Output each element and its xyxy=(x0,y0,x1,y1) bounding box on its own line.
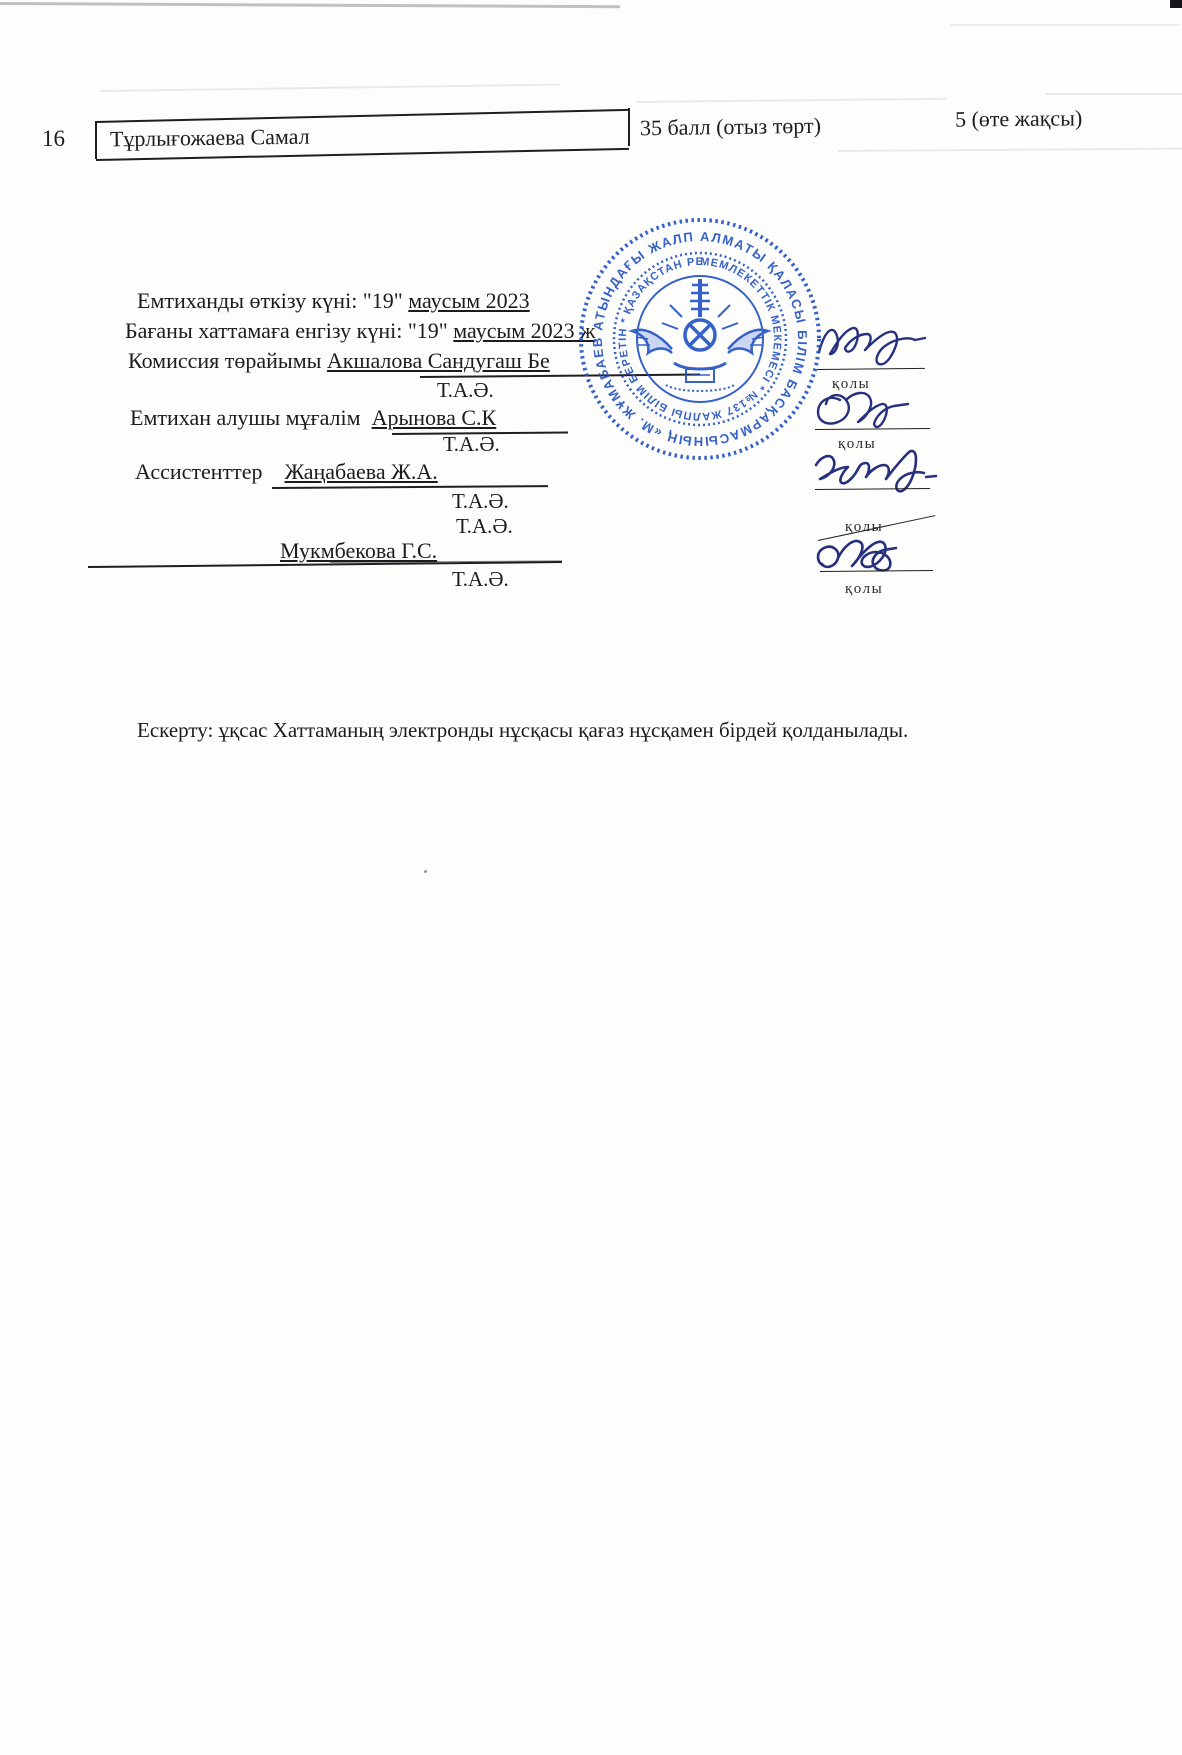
signature-chair xyxy=(815,310,930,370)
chair-label: Комиссия төрайымы xyxy=(128,348,321,373)
exam-date-value: маусым 2023 xyxy=(408,288,529,313)
examiner-label: Емтихан алушы мұғалім xyxy=(130,405,361,430)
assistants-label: Ассистенттер xyxy=(135,459,263,484)
scan-line xyxy=(1045,93,1182,95)
assistant2-name: Мукмбекова Г.С. xyxy=(280,538,437,564)
chair-line: Комиссия төрайымы Акшалова Сандугаш Бе xyxy=(128,348,550,374)
fio-label-5: Т.А.Ә. xyxy=(452,567,509,592)
fio-label-4: Т.А.Ә. xyxy=(456,514,513,539)
name-cell-border-left xyxy=(95,121,97,159)
row-number: 16 xyxy=(42,126,65,152)
signature-examiner xyxy=(810,384,920,434)
fio-label-1: Т.А.Ә. xyxy=(437,378,494,403)
protocol-date-label: Бағаны хаттамаға енгізу күні: "19" xyxy=(125,318,448,343)
exam-date-line: Емтиханды өткізу күні: "19" маусым 2023 xyxy=(137,288,530,314)
name-cell-border-top xyxy=(96,109,629,123)
student-score: 35 балл (отыз төрт) xyxy=(640,113,821,142)
fio-label-3: Т.А.Ә. xyxy=(452,489,509,514)
signature-label-4: қолы xyxy=(845,581,883,598)
signature-assistant-2 xyxy=(810,526,910,576)
name-cell-border-right xyxy=(628,108,630,146)
chair-name: Акшалова Сандугаш Бе xyxy=(327,348,550,373)
scan-streak-top-right xyxy=(950,24,1180,26)
scan-dot xyxy=(424,870,427,873)
scan-line xyxy=(636,98,946,103)
exam-date-label: Емтиханды өткізу күні: "19" xyxy=(137,288,403,313)
scan-mark-corner xyxy=(1170,0,1182,8)
fio-label-2: Т.А.Ә. xyxy=(443,432,500,457)
scan-line xyxy=(838,148,1182,152)
examiner-name: Арынова С.К xyxy=(372,405,497,430)
official-stamp: АЛМАТЫ ҚАЛАСЫ БІЛІМ БАСҚАРМАСЫНЫҢ «М. ЖҰ… xyxy=(574,205,826,473)
examiner-line: Емтихан алушы мұғалім Арынова С.К xyxy=(130,405,496,431)
student-name: Тұрлығожаева Самал xyxy=(110,124,310,153)
stamp-emblem xyxy=(632,279,768,391)
student-grade: 5 (өте жақсы) xyxy=(955,105,1082,132)
scan-streak-top xyxy=(0,2,620,8)
assistants-line: Ассистенттер Жаңабаева Ж.А. xyxy=(135,459,438,485)
scan-smudge xyxy=(100,84,560,92)
protocol-date-line: Бағаны хаттамаға енгізу күні: "19" маусы… xyxy=(125,318,595,344)
assistant1-name: Жаңабаева Ж.А. xyxy=(285,459,438,484)
note-text: Ескерту: ұқсас Хаттаманың электронды нұс… xyxy=(137,718,908,743)
